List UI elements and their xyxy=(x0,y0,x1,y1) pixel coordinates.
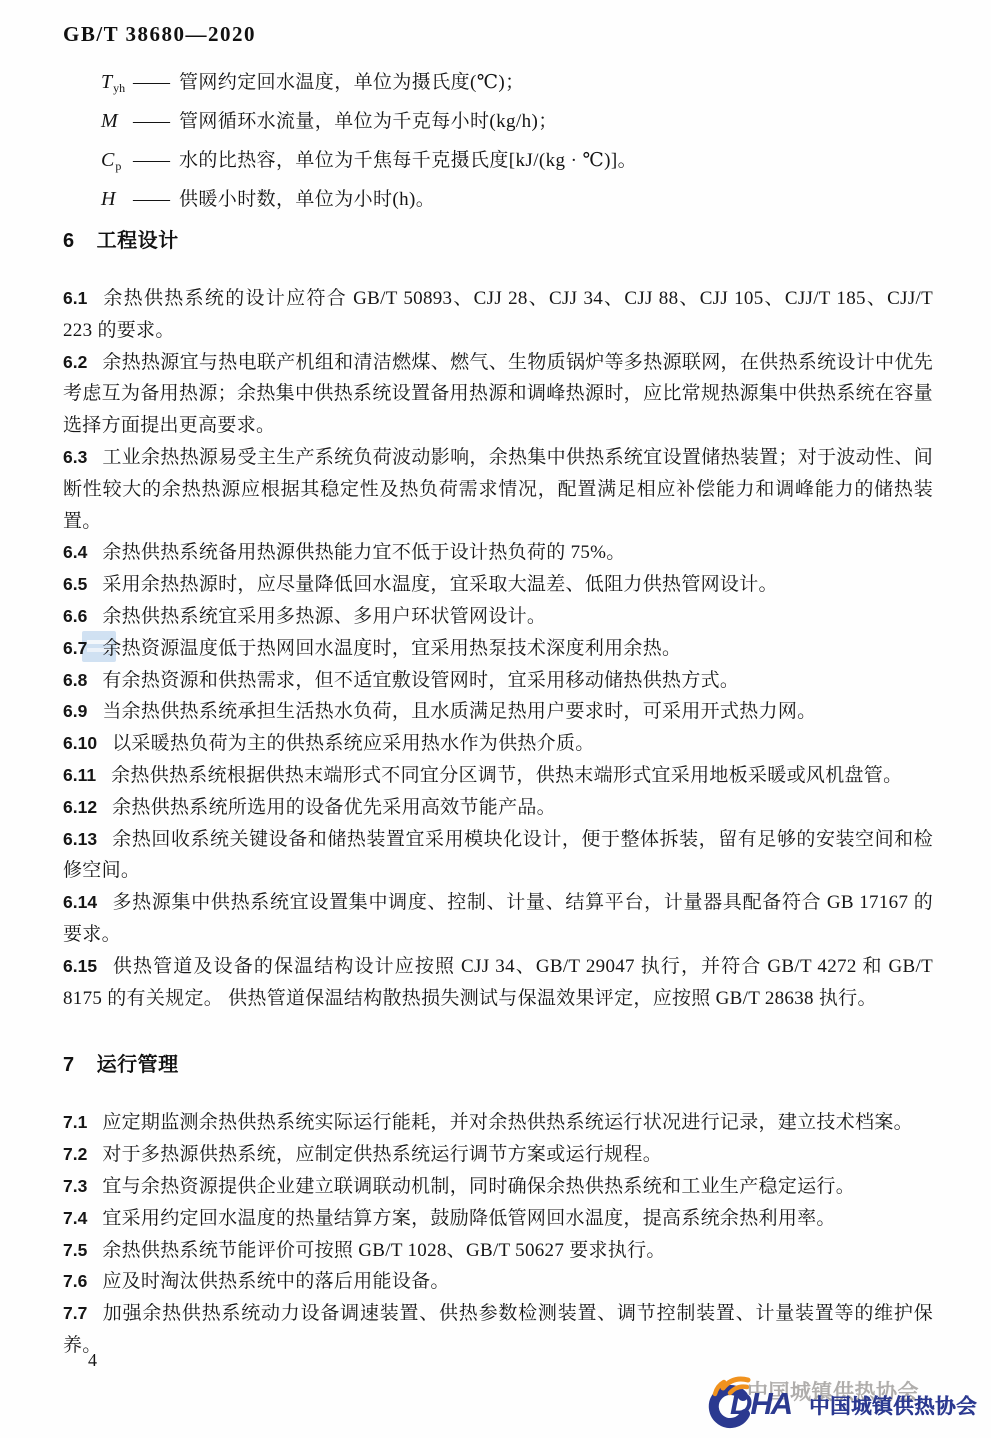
logo-org-name: 中国城镇供热协会 xyxy=(809,1397,977,1418)
clause-text: 以采暖热负荷为主的供热系统应采用热水作为供热介质。 xyxy=(112,733,595,754)
clause: 6.13余热回收系统关键设备和储热装置宜采用模块化设计，便于整体拆装，留有足够的… xyxy=(63,824,933,888)
document-page: GB/T 38680—2020 Tyh —— 管网约定回水温度，单位为摄氏度(℃… xyxy=(0,0,991,1438)
clause: 6.9当余热供热系统承担生活热水负荷，且水质满足热用户要求时，可采用开式热力网。 xyxy=(63,696,933,728)
symbol-letter: C xyxy=(101,149,114,171)
clause-text: 采用余热热源时，应尽量降低回水温度，宜采取大温差、低阻力供热管网设计。 xyxy=(102,574,778,595)
definition-symbol: H xyxy=(101,183,131,222)
clause-text: 余热热源宜与热电联产机组和清洁燃煤、燃气、生物质锅炉等多热源联网，在供热系统设计… xyxy=(63,352,933,437)
clause: 7.1应定期监测余热供热系统实际运行能耗，并对余热供热系统运行状况进行记录，建立… xyxy=(63,1107,933,1139)
clause-number: 7.6 xyxy=(63,1271,87,1291)
clause: 6.1余热供热系统的设计应符合 GB/T 50893、CJJ 28、CJJ 34… xyxy=(63,283,933,347)
logo-acronym: DHA xyxy=(730,1388,791,1419)
clause-number: 6.5 xyxy=(63,574,87,594)
clause-text: 加强余热供热系统动力设备调速装置、供热参数检测装置、调节控制装置、计量装置等的维… xyxy=(63,1303,933,1356)
clause-text: 多热源集中供热系统宜设置集中调度、控制、计量、结算平台，计量器具配备符合 GB … xyxy=(63,892,933,945)
clause: 6.15供热管道及设备的保温结构设计应按照 CJJ 34、GB/T 29047 … xyxy=(63,951,933,1015)
definition-text: 管网约定回水温度，单位为摄氏度(℃)； xyxy=(179,66,525,99)
definition-symbol: Tyh xyxy=(101,66,131,105)
clause-number: 6.15 xyxy=(63,956,97,976)
definition-symbol: M xyxy=(101,105,131,144)
definition-dash: —— xyxy=(133,66,169,99)
definition-dash: —— xyxy=(133,144,169,177)
clause-number: 6.1 xyxy=(63,288,87,308)
clause: 7.5余热供热系统节能评价可按照 GB/T 1028、GB/T 50627 要求… xyxy=(63,1235,933,1267)
section-clauses: 7.1应定期监测余热供热系统实际运行能耗，并对余热供热系统运行状况进行记录，建立… xyxy=(63,1107,933,1361)
clause-number: 7.2 xyxy=(63,1144,87,1164)
clause: 7.7加强余热供热系统动力设备调速装置、供热参数检测装置、调节控制装置、计量装置… xyxy=(63,1298,933,1362)
symbol-letter: T xyxy=(101,71,112,93)
definition-text: 供暖小时数，单位为小时(h)。 xyxy=(179,183,435,216)
clause-text: 当余热供热系统承担生活热水负荷，且水质满足热用户要求时，可采用开式热力网。 xyxy=(102,701,816,722)
clause: 6.3工业余热热源易受主生产系统负荷波动影响，余热集中供热系统宜设置储热装置；对… xyxy=(63,442,933,537)
clause-number: 7.5 xyxy=(63,1240,87,1260)
clause-text: 余热回收系统关键设备和储热装置宜采用模块化设计，便于整体拆装，留有足够的安装空间… xyxy=(63,829,933,882)
clause: 6.11余热供热系统根据供热末端形式不同宜分区调节，供热末端形式宜采用地板采暖或… xyxy=(63,760,933,792)
clause-number: 7.7 xyxy=(63,1303,87,1323)
page-number: 4 xyxy=(88,1350,98,1371)
clause-number: 6.2 xyxy=(63,352,87,372)
section-heading: 7运行管理 xyxy=(63,1050,933,1080)
definition-row: M —— 管网循环水流量，单位为千克每小时(kg/h)； xyxy=(101,105,637,144)
symbol-subscript: yh xyxy=(113,81,125,95)
clause-text: 供热管道及设备的保温结构设计应按照 CJJ 34、GB/T 29047 执行，并… xyxy=(63,956,933,1009)
clause-number: 6.3 xyxy=(63,447,87,467)
clause-text: 余热资源温度低于热网回水温度时，宜采用热泵技术深度利用余热。 xyxy=(102,638,681,659)
definition-row: Cp —— 水的比热容，单位为千焦每千克摄氏度[kJ/(kg · ℃)]。 xyxy=(101,144,637,183)
section-heading: 6工程设计 xyxy=(63,226,933,256)
clause-text: 有余热资源和供热需求，但不适宜敷设管网时，宜采用移动储热供热方式。 xyxy=(102,670,739,691)
clause: 6.8有余热资源和供热需求，但不适宜敷设管网时，宜采用移动储热供热方式。 xyxy=(63,665,933,697)
section-clauses: 6.1余热供热系统的设计应符合 GB/T 50893、CJJ 28、CJJ 34… xyxy=(63,283,933,1014)
clause-number: 6.7 xyxy=(63,638,87,658)
section-number: 6 xyxy=(63,230,75,252)
clause-number: 6.10 xyxy=(63,733,97,753)
clause-text: 应及时淘汰供热系统中的落后用能设备。 xyxy=(102,1271,449,1292)
clause-number: 7.1 xyxy=(63,1112,87,1132)
clause-text: 宜采用约定回水温度的热量结算方案，鼓励降低管网回水温度，提高系统余热利用率。 xyxy=(102,1208,835,1229)
clause: 7.6应及时淘汰供热系统中的落后用能设备。 xyxy=(63,1266,933,1298)
section-title: 运行管理 xyxy=(97,1054,179,1076)
clause: 7.4宜采用约定回水温度的热量结算方案，鼓励降低管网回水温度，提高系统余热利用率… xyxy=(63,1203,933,1235)
clause: 6.14多热源集中供热系统宜设置集中调度、控制、计量、结算平台，计量器具配备符合… xyxy=(63,887,933,951)
clause-number: 6.9 xyxy=(63,701,87,721)
definition-symbol: Cp xyxy=(101,144,131,183)
clause-text: 对于多热源供热系统，应制定供热系统运行调节方案或运行规程。 xyxy=(102,1144,662,1165)
definitions-list: Tyh —— 管网约定回水温度，单位为摄氏度(℃)； M —— 管网循环水流量，… xyxy=(101,66,637,222)
sections: 6工程设计 6.1余热供热系统的设计应符合 GB/T 50893、CJJ 28、… xyxy=(63,226,933,1362)
clause-number: 6.6 xyxy=(63,606,87,626)
symbol-letter: M xyxy=(101,110,118,132)
clause-text: 余热供热系统节能评价可按照 GB/T 1028、GB/T 50627 要求执行。 xyxy=(102,1240,665,1261)
definition-row: Tyh —— 管网约定回水温度，单位为摄氏度(℃)； xyxy=(101,66,637,105)
clause-number: 7.3 xyxy=(63,1176,87,1196)
clause-text: 余热供热系统的设计应符合 GB/T 50893、CJJ 28、CJJ 34、CJ… xyxy=(63,288,933,341)
clause-number: 6.11 xyxy=(63,765,96,785)
clause-number: 6.13 xyxy=(63,829,97,849)
clause-number: 6.4 xyxy=(63,542,87,562)
clause-text: 余热供热系统宜采用多热源、多用户环状管网设计。 xyxy=(102,606,546,627)
clause-number: 6.14 xyxy=(63,892,97,912)
definition-row: H —— 供暖小时数，单位为小时(h)。 xyxy=(101,183,637,222)
definition-text: 水的比热容，单位为千焦每千克摄氏度[kJ/(kg · ℃)]。 xyxy=(179,144,637,177)
clause-number: 7.4 xyxy=(63,1208,87,1228)
clause: 6.4余热供热系统备用热源供热能力宜不低于设计热负荷的 75%。 xyxy=(63,537,933,569)
clause: 7.2对于多热源供热系统，应制定供热系统运行调节方案或运行规程。 xyxy=(63,1139,933,1171)
clause: 6.10以采暖热负荷为主的供热系统应采用热水作为供热介质。 xyxy=(63,728,933,760)
clause: 6.6余热供热系统宜采用多热源、多用户环状管网设计。 xyxy=(63,601,933,633)
clause-number: 6.12 xyxy=(63,797,97,817)
section-number: 7 xyxy=(63,1054,75,1076)
clause-text: 余热供热系统根据供热末端形式不同宜分区调节，供热末端形式宜采用地板采暖或风机盘管… xyxy=(111,765,902,786)
section-title: 工程设计 xyxy=(97,230,179,252)
clause: 6.2余热热源宜与热电联产机组和清洁燃煤、燃气、生物质锅炉等多热源联网，在供热系… xyxy=(63,347,933,442)
clause-text: 余热供热系统所选用的设备优先采用高效节能产品。 xyxy=(112,797,556,818)
clause: 7.3宜与余热资源提供企业建立联调联动机制，同时确保余热供热系统和工业生产稳定运… xyxy=(63,1171,933,1203)
symbol-letter: H xyxy=(101,188,115,210)
clause: 6.5采用余热热源时，应尽量降低回水温度，宜采取大温差、低阻力供热管网设计。 xyxy=(63,569,933,601)
clause-text: 宜与余热资源提供企业建立联调联动机制，同时确保余热供热系统和工业生产稳定运行。 xyxy=(102,1176,855,1197)
association-logo: 中国城镇供热协会 DHA 中国城镇供热协会 xyxy=(703,1364,987,1436)
clause: 6.7余热资源温度低于热网回水温度时，宜采用热泵技术深度利用余热。 xyxy=(63,633,933,665)
clause-number: 6.8 xyxy=(63,670,87,690)
definition-dash: —— xyxy=(133,105,169,138)
definition-dash: —— xyxy=(133,183,169,216)
clause-text: 工业余热热源易受主生产系统负荷波动影响，余热集中供热系统宜设置储热装置；对于波动… xyxy=(63,447,933,532)
clause-text: 余热供热系统备用热源供热能力宜不低于设计热负荷的 75%。 xyxy=(102,542,625,563)
section: 6工程设计 6.1余热供热系统的设计应符合 GB/T 50893、CJJ 28、… xyxy=(63,226,933,1014)
doc-code: GB/T 38680—2020 xyxy=(63,22,256,47)
clause-text: 应定期监测余热供热系统实际运行能耗，并对余热供热系统运行状况进行记录，建立技术档… xyxy=(102,1112,913,1133)
clause: 6.12余热供热系统所选用的设备优先采用高效节能产品。 xyxy=(63,792,933,824)
definition-text: 管网循环水流量，单位为千克每小时(kg/h)； xyxy=(179,105,558,138)
symbol-subscript: p xyxy=(115,159,121,173)
section: 7运行管理 7.1应定期监测余热供热系统实际运行能耗，并对余热供热系统运行状况进… xyxy=(63,1050,933,1361)
